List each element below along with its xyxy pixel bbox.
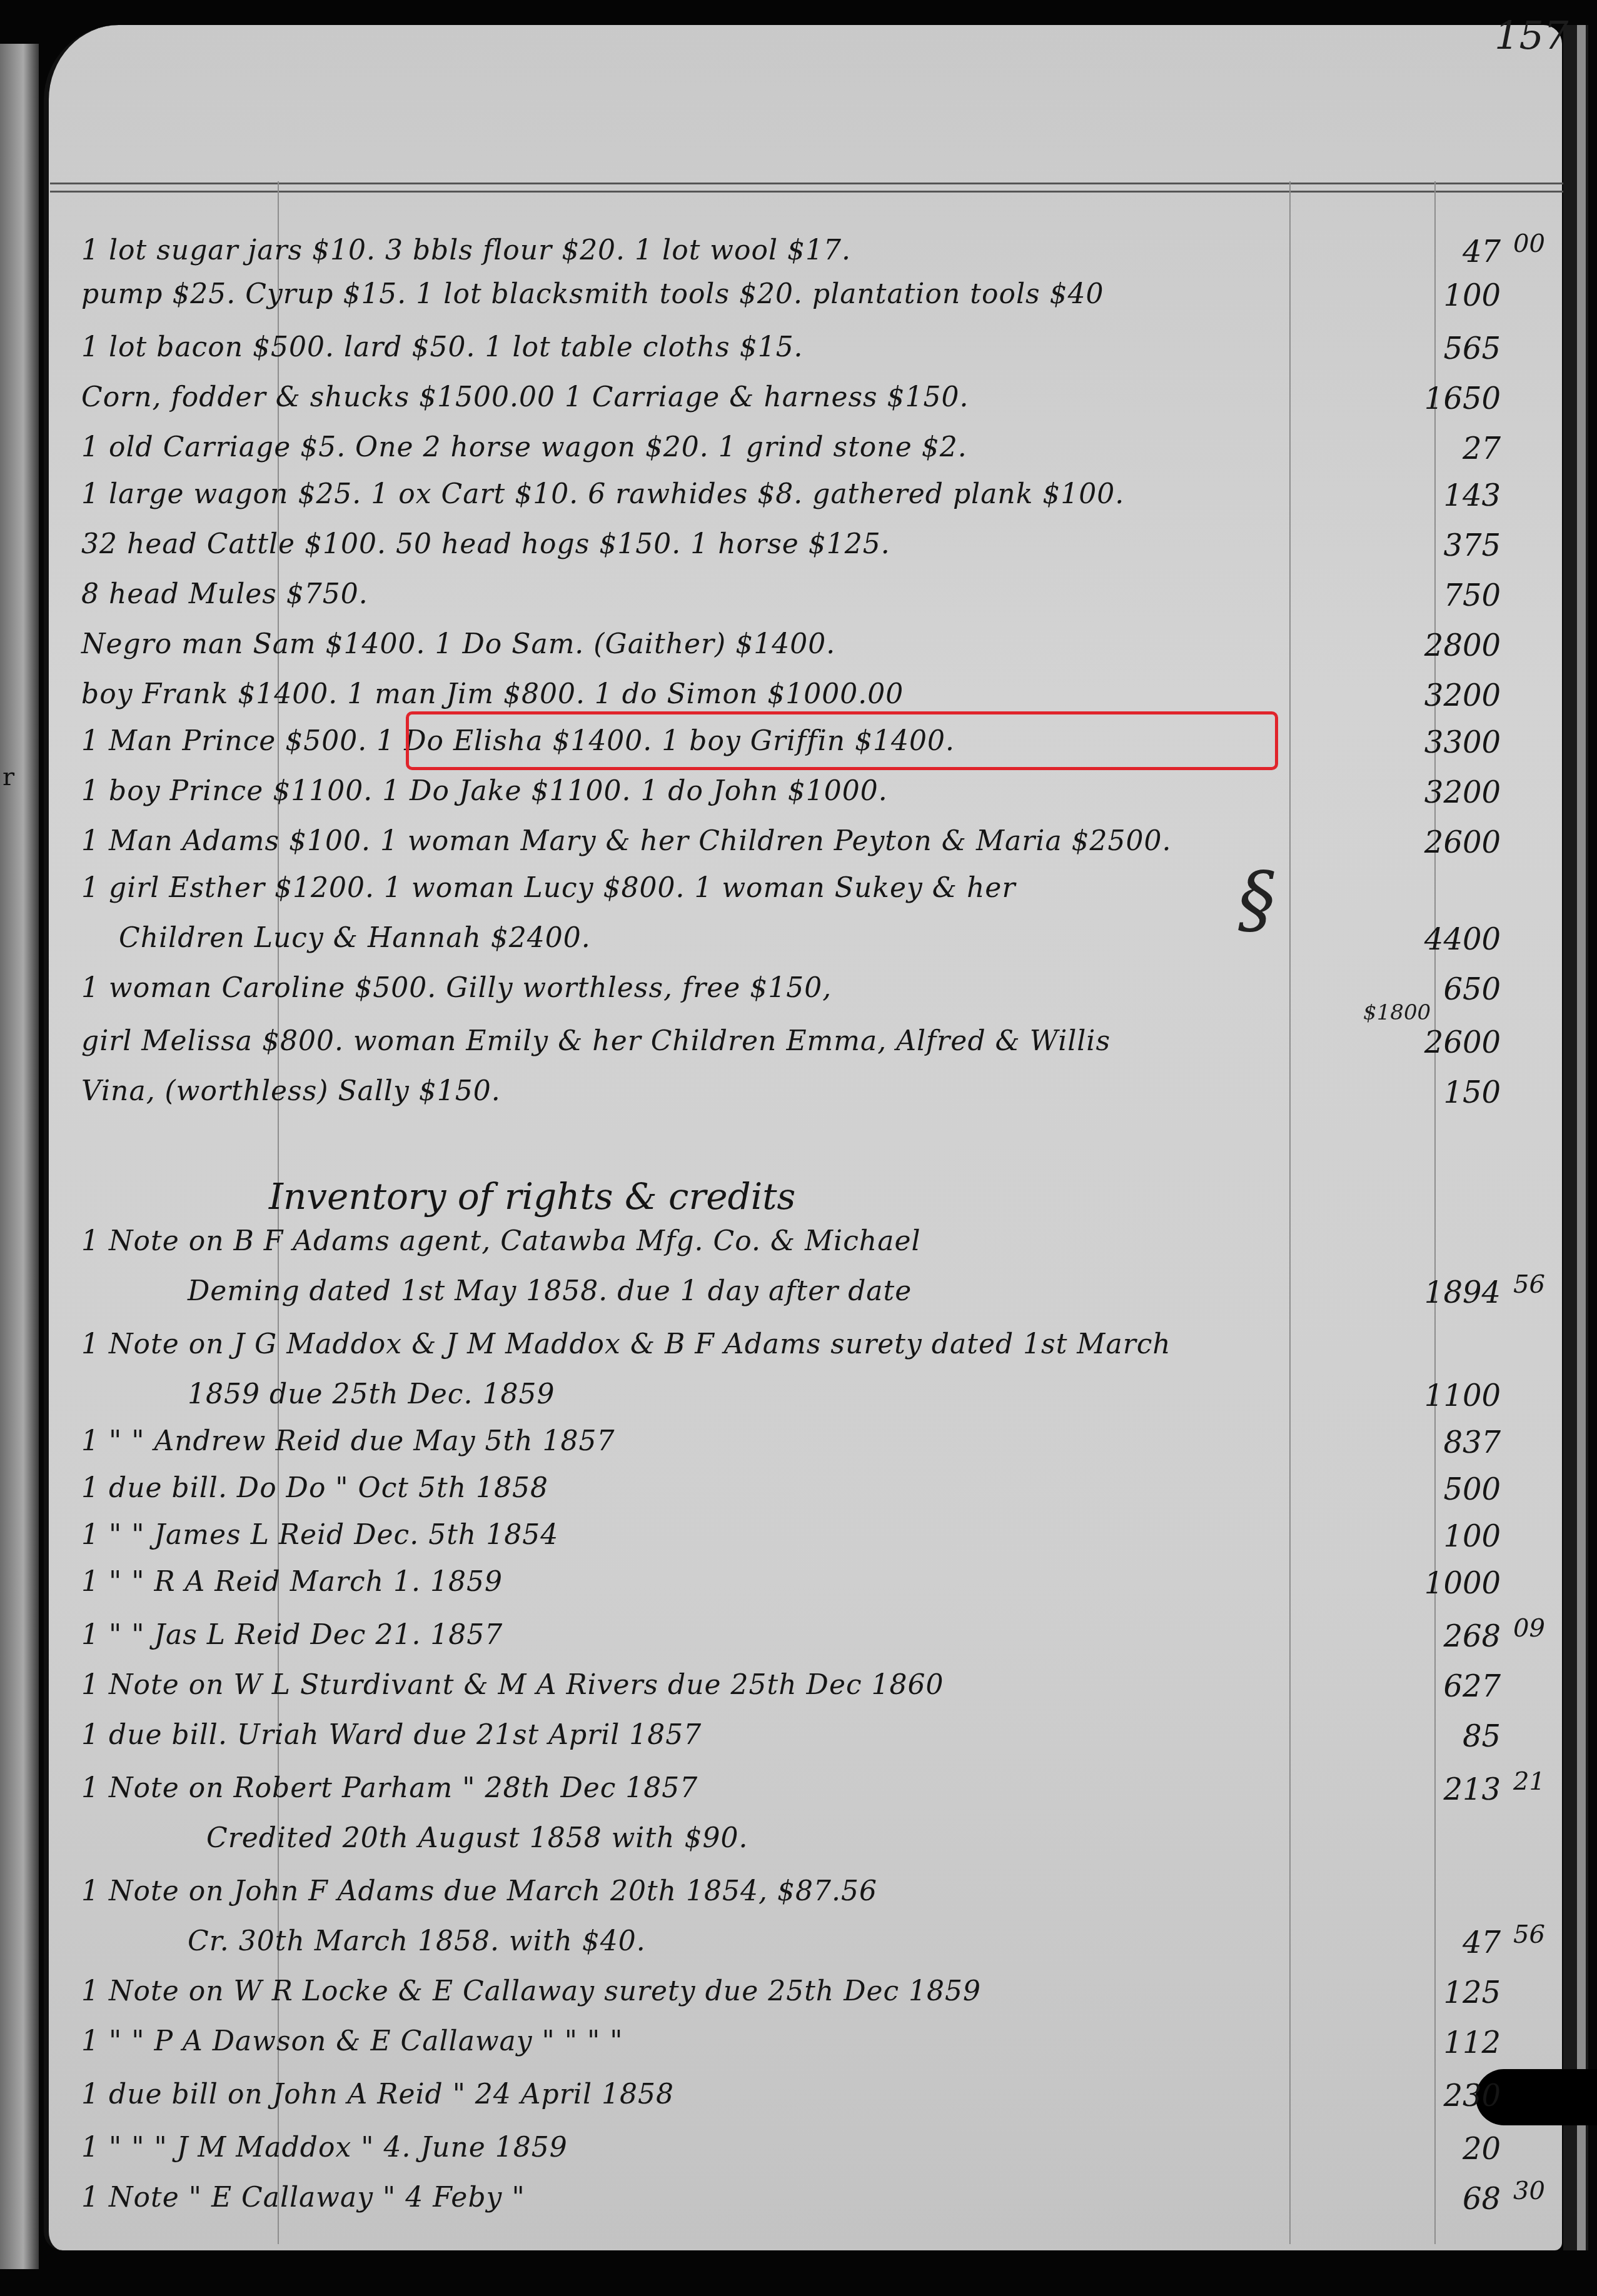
ledger-row: 1 Note on Robert Parham " 28th Dec 18572… — [81, 1772, 1594, 1822]
ledger-row: 1 Note " E Callaway " 4 Feby "6830 — [81, 2182, 1594, 2232]
ledger-row: 1 Note on J G Maddox & J M Maddox & B F … — [81, 1328, 1594, 1378]
ledger-row: Cr. 30th March 1858. with $40.4756 — [81, 1925, 1594, 1975]
ledger-row: 1 Note on John F Adams due March 20th 18… — [81, 1875, 1594, 1925]
ledger-row: Deming dated 1st May 1858. due 1 day aft… — [81, 1275, 1594, 1325]
ledger-row: 1 " " James L Reid Dec. 5th 1854100 — [81, 1519, 1594, 1569]
ledger-row: 1 " " P A Dawson & E Callaway " " " "112 — [81, 2025, 1594, 2075]
ledger-row: 1 Note on B F Adams agent, Catawba Mfg. … — [81, 1225, 1594, 1275]
ledger-row: 1859 due 25th Dec. 18591100 — [81, 1378, 1594, 1428]
ledger-row: 1 " " R A Reid March 1. 18591000 — [81, 1566, 1594, 1616]
ledger-row: 1 due bill. Uriah Ward due 21st April 18… — [81, 1719, 1594, 1769]
ledger-row: 1 due bill. Do Do " Oct 5th 1858500 — [81, 1472, 1594, 1522]
credit-entries: 1 Note on B F Adams agent, Catawba Mfg. … — [0, 0, 1597, 2296]
ledger-row: 1 Note on W R Locke & E Callaway surety … — [81, 1975, 1594, 2025]
ledger-row: 1 " " Jas L Reid Dec 21. 185726809 — [81, 1619, 1594, 1669]
ledger-row: Credited 20th August 1858 with $90. — [81, 1822, 1594, 1872]
ledger-row: 1 Note on W L Sturdivant & M A Rivers du… — [81, 1669, 1594, 1719]
ledger-row: 1 " " " J M Maddox " 4. June 185920 — [81, 2132, 1594, 2182]
ledger-row: 1 " " Andrew Reid due May 5th 1857837 — [81, 1425, 1594, 1475]
ledger-row: 1 due bill on John A Reid " 24 April 185… — [81, 2078, 1594, 2128]
